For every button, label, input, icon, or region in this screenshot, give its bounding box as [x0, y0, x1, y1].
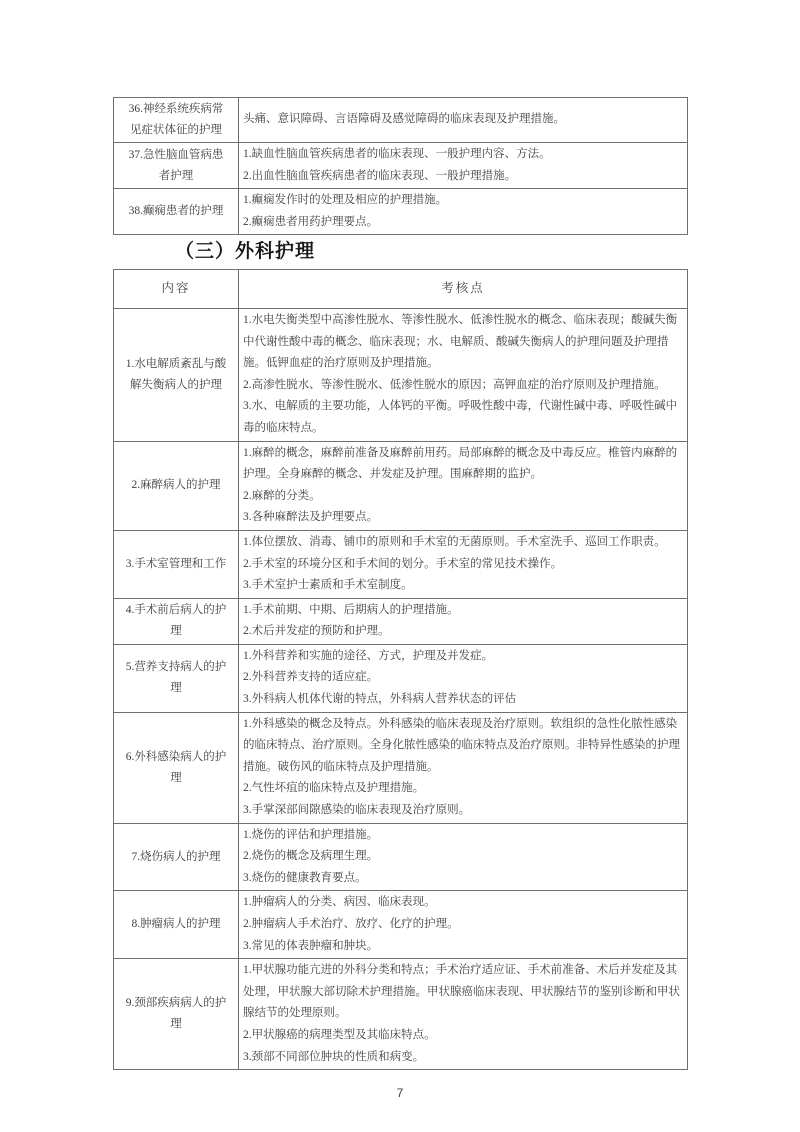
content-cell: 6.外科感染病人的护理: [114, 712, 239, 823]
table-row: 38.癫痫患者的护理1.癫痫发作时的处理及相应的护理措施。2.癫痫患者用药护理要…: [114, 189, 688, 235]
content-column-header: 内容: [114, 270, 239, 309]
assessment-point-item: 2.外科营养支持的适应症。: [243, 667, 683, 689]
table-row: 36.神经系统疾病常见症状体征的护理头痛、意识障碍、言语障碍及感觉障碍的临床表现…: [114, 98, 688, 143]
assessment-points-cell: 1.麻醉的概念，麻醉前准备及麻醉前用药。局部麻醉的概念及中毒反应。椎管内麻醉的护…: [239, 441, 688, 530]
assessment-point-item: 2.手术室的环境分区和手术间的划分。手术室的常见技术操作。: [243, 554, 683, 576]
assessment-point-item: 3.各种麻醉法及护理要点。: [243, 507, 683, 529]
content-cell: 7.烧伤病人的护理: [114, 823, 239, 891]
document-page: 36.神经系统疾病常见症状体征的护理头痛、意识障碍、言语障碍及感觉障碍的临床表现…: [113, 97, 687, 1100]
assessment-points-cell: 1.水电失衡类型中高渗性脱水、等渗性脱水、低渗性脱水的概念、临床表现；酸碱失衡中…: [239, 308, 688, 441]
assessment-point-item: 1.体位摆放、消毒、铺巾的原则和手术室的无菌原则。手术室洗手、巡回工作职责。: [243, 532, 683, 554]
content-cell: 37.急性脑血管病患者护理: [114, 143, 239, 189]
assessment-point-item: 1.外科感染的概念及特点。外科感染的临床表现及治疗原则。软组织的急性化脓性感染的…: [243, 714, 683, 779]
table-row: 4.手术前后病人的护理1.手术前期、中期、后期病人的护理措施。2.术后并发症的预…: [114, 598, 688, 644]
assessment-points-cell: 1.癫痫发作时的处理及相应的护理措施。2.癫痫患者用药护理要点。: [239, 189, 688, 235]
assessment-point-item: 1.甲状腺功能亢进的外科分类和特点；手术治疗适应证、手术前准备、术后并发症及其处…: [243, 960, 683, 1025]
table-row: 5.营养支持病人的护理1.外科营养和实施的途径、方式，护理及并发症。2.外科营养…: [114, 644, 688, 712]
content-cell: 5.营养支持病人的护理: [114, 644, 239, 712]
content-cell: 36.神经系统疾病常见症状体征的护理: [114, 98, 239, 143]
assessment-point-item: 2.气性坏疽的临床特点及护理措施。: [243, 778, 683, 800]
assessment-point-item: 1.外科营养和实施的途径、方式，护理及并发症。: [243, 646, 683, 668]
content-cell: 9.颈部疾病病人的护理: [114, 959, 239, 1070]
table-row: 7.烧伤病人的护理1.烧伤的评估和护理措施。2.烧伤的概念及病理生理。3.烧伤的…: [114, 823, 688, 891]
assessment-point-item: 3.水、电解质的主要功能，人体钙的平衡。呼吸性酸中毒，代谢性碱中毒、呼吸性碱中毒…: [243, 396, 683, 439]
table-row: 2.麻醉病人的护理1.麻醉的概念，麻醉前准备及麻醉前用药。局部麻醉的概念及中毒反…: [114, 441, 688, 530]
assessment-point-item: 2.肿瘤病人手术治疗、放疗、化疗的护理。: [243, 914, 683, 936]
content-cell: 8.肿瘤病人的护理: [114, 891, 239, 959]
assessment-points-cell: 1.甲状腺功能亢进的外科分类和特点；手术治疗适应证、手术前准备、术后并发症及其处…: [239, 959, 688, 1070]
assessment-point-item: 3.烧伤的健康教育要点。: [243, 868, 683, 890]
assessment-point-item: 2.高渗性脱水、等渗性脱水、低渗性脱水的原因；高钾血症的治疗原则及护理措施。: [243, 375, 683, 397]
content-cell: 4.手术前后病人的护理: [114, 598, 239, 644]
assessment-point-item: 3.外科病人机体代谢的特点，外科病人营养状态的评估: [243, 689, 683, 711]
table-header-row: 内容 考核点: [114, 270, 688, 309]
content-cell: 1.水电解质紊乱与酸解失衡病人的护理: [114, 308, 239, 441]
table-row: 9.颈部疾病病人的护理1.甲状腺功能亢进的外科分类和特点；手术治疗适应证、手术前…: [114, 959, 688, 1070]
assessment-point-item: 2.术后并发症的预防和护理。: [243, 621, 683, 643]
assessment-point-item: 头痛、意识障碍、言语障碍及感觉障碍的临床表现及护理措施。: [243, 109, 683, 131]
assessment-point-item: 3.手掌深部间隙感染的临床表现及治疗原则。: [243, 800, 683, 822]
assessment-points-cell: 头痛、意识障碍、言语障碍及感觉障碍的临床表现及护理措施。: [239, 98, 688, 143]
section-heading: （三）外科护理: [175, 240, 687, 264]
content-cell: 3.手术室管理和工作: [114, 530, 239, 598]
assessment-point-item: 1.肿瘤病人的分类、病因、临床表现。: [243, 892, 683, 914]
table-row: 1.水电解质紊乱与酸解失衡病人的护理1.水电失衡类型中高渗性脱水、等渗性脱水、低…: [114, 308, 688, 441]
assessment-point-item: 1.水电失衡类型中高渗性脱水、等渗性脱水、低渗性脱水的概念、临床表现；酸碱失衡中…: [243, 310, 683, 375]
table-row: 37.急性脑血管病患者护理1.缺血性脑血管疾病患者的临床表现、一般护理内容、方法…: [114, 143, 688, 189]
assessment-point-item: 1.麻醉的概念，麻醉前准备及麻醉前用药。局部麻醉的概念及中毒反应。椎管内麻醉的护…: [243, 443, 683, 486]
assessment-point-item: 2.出血性脑血管疾病患者的临床表现、一般护理措施。: [243, 166, 683, 188]
assessment-point-item: 1.缺血性脑血管疾病患者的临床表现、一般护理内容、方法。: [243, 144, 683, 166]
assessment-point-item: 3.常见的体表肿瘤和肿块。: [243, 936, 683, 958]
table-row: 6.外科感染病人的护理1.外科感染的概念及特点。外科感染的临床表现及治疗原则。软…: [114, 712, 688, 823]
assessment-points-cell: 1.体位摆放、消毒、铺巾的原则和手术室的无菌原则。手术室洗手、巡回工作职责。2.…: [239, 530, 688, 598]
assessment-point-item: 1.烧伤的评估和护理措施。: [243, 825, 683, 847]
internal-medicine-nursing-table: 36.神经系统疾病常见症状体征的护理头痛、意识障碍、言语障碍及感觉障碍的临床表现…: [113, 97, 688, 235]
assessment-points-cell: 1.缺血性脑血管疾病患者的临床表现、一般护理内容、方法。2.出血性脑血管疾病患者…: [239, 143, 688, 189]
assessment-points-cell: 1.外科营养和实施的途径、方式，护理及并发症。2.外科营养支持的适应症。3.外科…: [239, 644, 688, 712]
assessment-points-cell: 1.外科感染的概念及特点。外科感染的临床表现及治疗原则。软组织的急性化脓性感染的…: [239, 712, 688, 823]
content-cell: 2.麻醉病人的护理: [114, 441, 239, 530]
assessment-points-cell: 1.烧伤的评估和护理措施。2.烧伤的概念及病理生理。3.烧伤的健康教育要点。: [239, 823, 688, 891]
page-number: 7: [113, 1086, 687, 1100]
assessment-point-item: 1.癫痫发作时的处理及相应的护理措施。: [243, 190, 683, 212]
table-row: 8.肿瘤病人的护理1.肿瘤病人的分类、病因、临床表现。2.肿瘤病人手术治疗、放疗…: [114, 891, 688, 959]
assessment-point-item: 1.手术前期、中期、后期病人的护理措施。: [243, 600, 683, 622]
content-cell: 38.癫痫患者的护理: [114, 189, 239, 235]
table-row: 3.手术室管理和工作1.体位摆放、消毒、铺巾的原则和手术室的无菌原则。手术室洗手…: [114, 530, 688, 598]
assessment-points-column-header: 考核点: [239, 270, 688, 309]
assessment-point-item: 2.癫痫患者用药护理要点。: [243, 212, 683, 234]
assessment-points-cell: 1.肿瘤病人的分类、病因、临床表现。2.肿瘤病人手术治疗、放疗、化疗的护理。3.…: [239, 891, 688, 959]
surgical-nursing-table: 内容 考核点 1.水电解质紊乱与酸解失衡病人的护理1.水电失衡类型中高渗性脱水、…: [113, 269, 688, 1070]
assessment-point-item: 2.麻醉的分类。: [243, 486, 683, 508]
assessment-points-cell: 1.手术前期、中期、后期病人的护理措施。2.术后并发症的预防和护理。: [239, 598, 688, 644]
assessment-point-item: 3.手术室护士素质和手术室制度。: [243, 575, 683, 597]
assessment-point-item: 3.颈部不同部位肿块的性质和病变。: [243, 1047, 683, 1069]
assessment-point-item: 2.甲状腺癌的病理类型及其临床特点。: [243, 1025, 683, 1047]
assessment-point-item: 2.烧伤的概念及病理生理。: [243, 846, 683, 868]
